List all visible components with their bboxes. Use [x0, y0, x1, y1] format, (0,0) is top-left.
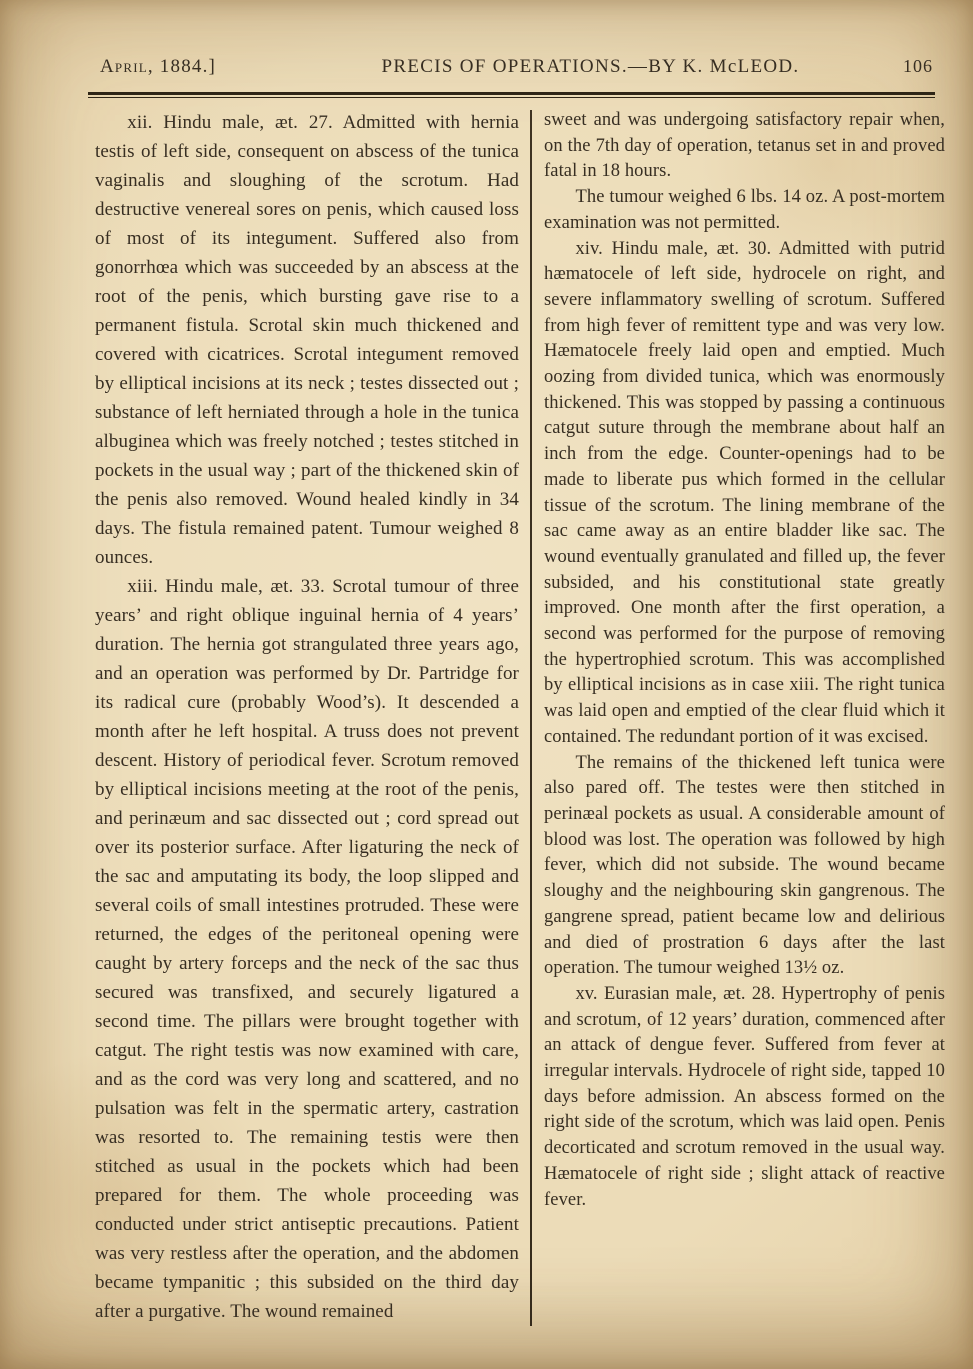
- column-divider-rule: [530, 110, 532, 1326]
- paragraph-case-xiii: xiii. Hindu male, æt. 33. Scrotal tumour…: [95, 572, 519, 1326]
- text-columns: xii. Hindu male, æt. 27. Admitted with h…: [0, 98, 973, 1326]
- page-title: PRECIS OF OPERATIONS.—BY K. McLEOD.: [318, 56, 863, 78]
- right-column: sweet and was undergoing satisfactory re…: [544, 108, 945, 1326]
- paragraph-case-xv: xv. Eurasian male, æt. 28. Hypertrophy o…: [544, 982, 945, 1213]
- left-column: xii. Hindu male, æt. 27. Admitted with h…: [95, 108, 519, 1326]
- paragraph-tumour-weight: The tumour weighed 6 lbs. 14 oz. A post-…: [544, 185, 945, 236]
- paragraph-case-xiv: xiv. Hindu male, æt. 30. Admitted with p…: [544, 237, 945, 751]
- page-header: April, 1884.] PRECIS OF OPERATIONS.—BY K…: [0, 0, 973, 78]
- journal-page: April, 1884.] PRECIS OF OPERATIONS.—BY K…: [0, 0, 973, 1369]
- header-date: April, 1884.]: [100, 56, 318, 78]
- paragraph-continuation: sweet and was undergoing satisfactory re…: [544, 108, 945, 185]
- page-number: 106: [863, 56, 933, 77]
- paragraph-case-xii: xii. Hindu male, æt. 27. Admitted with h…: [95, 108, 519, 572]
- paragraph-case-xiv-outcome: The remains of the thickened left tunica…: [544, 751, 945, 982]
